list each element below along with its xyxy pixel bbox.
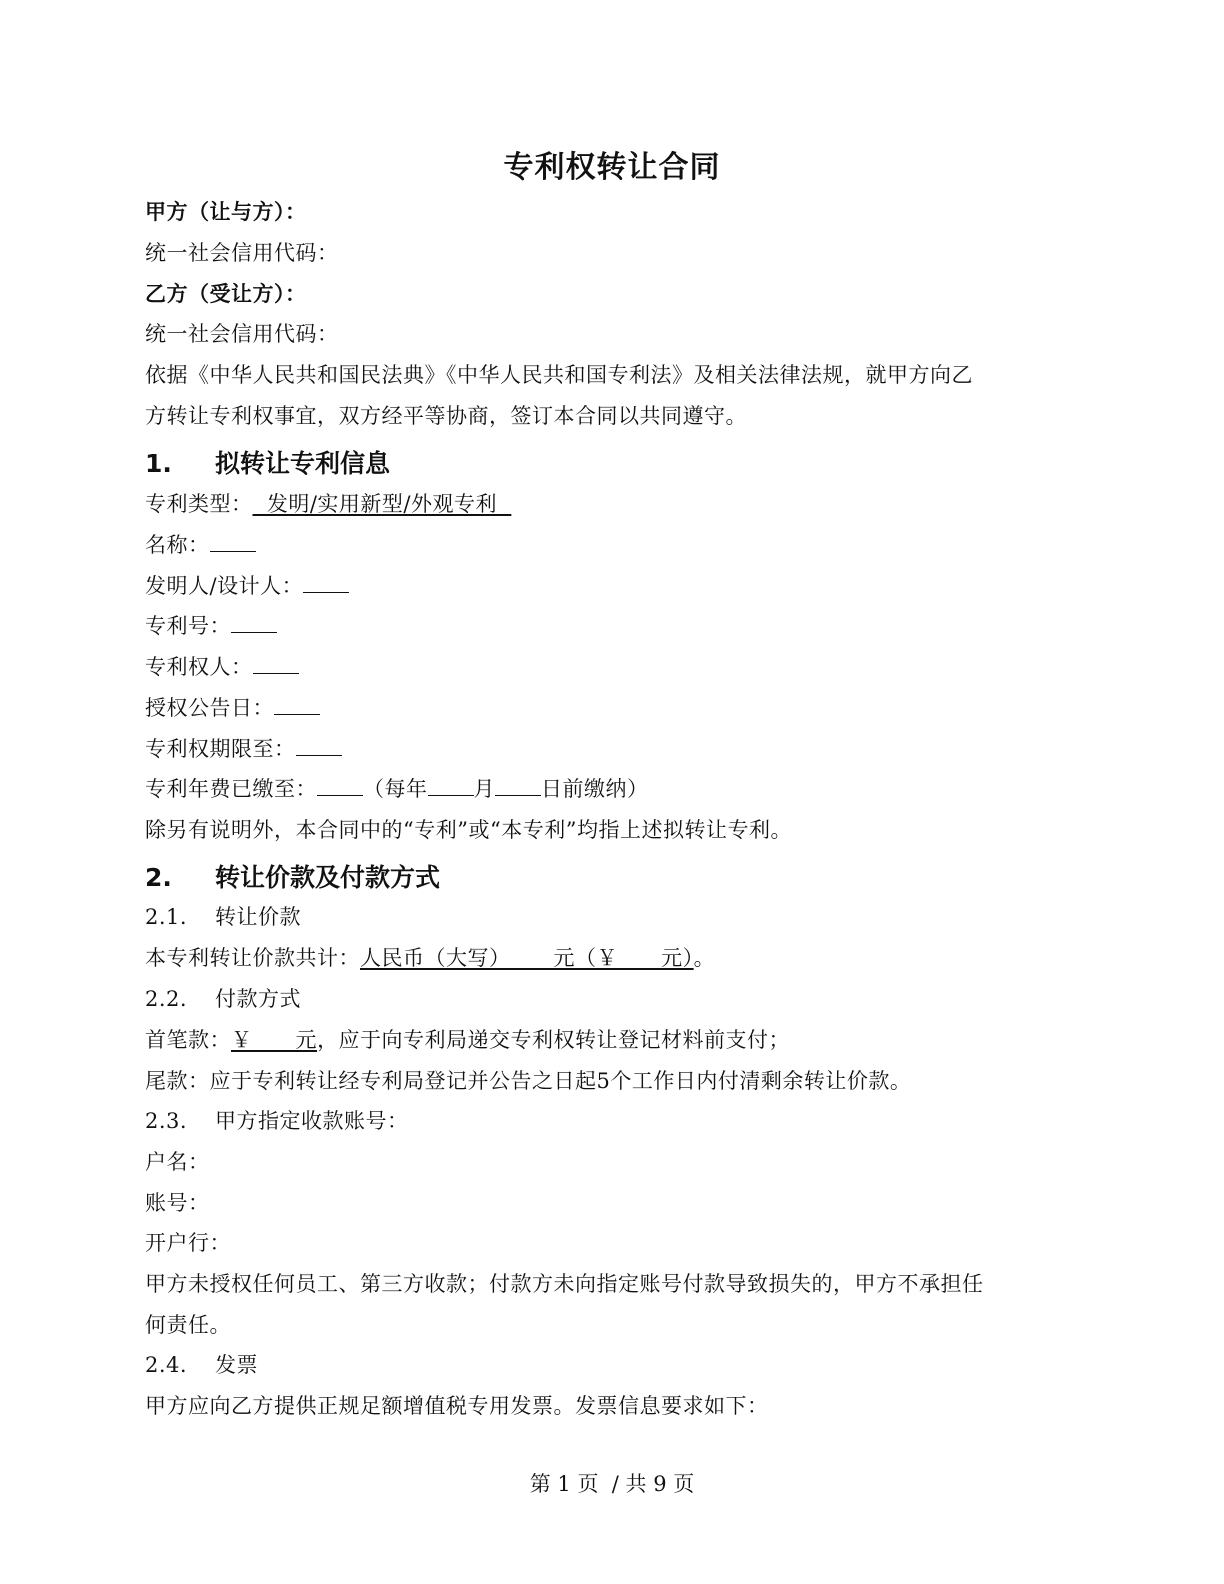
- price-value[interactable]: 人民币（大写） 元（￥ 元）: [360, 946, 694, 970]
- fee-text: 月: [474, 777, 496, 801]
- subsection-2-1: 2.1.转让价款: [145, 903, 301, 931]
- fee-month-blank[interactable]: [428, 775, 474, 796]
- field-patent-type: 专利类型： 发明/实用新型/外观专利: [145, 490, 511, 518]
- party-a-credit-code: 统一社会信用代码：: [145, 239, 339, 267]
- field-patentee: 专利权人：: [145, 653, 299, 681]
- field-inventor: 发明人/设计人：: [145, 572, 349, 600]
- document-page: 专利权转让合同 甲方（让与方）： 统一社会信用代码： 乙方（受让方）： 统一社会…: [0, 0, 1224, 1584]
- field-label: 专利权人：: [145, 655, 253, 679]
- final-payment-line: 尾款：应于专利转让经专利局登记并公告之日起5个工作日内付清剩余转让价款。: [145, 1067, 911, 1095]
- grant-date-blank[interactable]: [274, 694, 320, 715]
- field-label: 专利号：: [145, 614, 231, 638]
- subsection-number: 2.4.: [145, 1351, 215, 1379]
- term-end-blank[interactable]: [296, 735, 342, 756]
- fee-text: 日前缴纳）: [541, 777, 649, 801]
- party-a-label: 甲方（让与方）：: [145, 198, 307, 226]
- section-2-heading: 2.转让价款及付款方式: [145, 858, 440, 894]
- fee-paid-blank[interactable]: [317, 775, 363, 796]
- field-patent-number: 专利号：: [145, 612, 277, 640]
- subsection-number: 2.1.: [145, 903, 215, 931]
- price-line: 本专利转让价款共计：人民币（大写） 元（￥ 元）。: [145, 944, 715, 972]
- invoice-text: 甲方应向乙方提供正规足额增值税专用发票。发票信息要求如下：: [145, 1392, 769, 1420]
- account-bank: 开户行：: [145, 1229, 231, 1257]
- page-number: 第 1 页 / 共 9 页: [0, 1468, 1224, 1498]
- subsection-title: 转让价款: [215, 905, 301, 929]
- fee-text: （每年: [363, 777, 428, 801]
- field-grant-date: 授权公告日：: [145, 694, 320, 722]
- name-blank[interactable]: [210, 531, 256, 552]
- subsection-number: 2.3.: [145, 1107, 215, 1135]
- field-label: 专利权期限至：: [145, 737, 296, 761]
- price-end: 。: [694, 946, 716, 970]
- patent-type-value[interactable]: 发明/实用新型/外观专利: [253, 492, 512, 516]
- section-1-heading: 1.拟转让专利信息: [145, 444, 390, 480]
- subsection-title: 付款方式: [215, 987, 301, 1011]
- account-name: 户名：: [145, 1148, 210, 1176]
- subsection-number: 2.2.: [145, 985, 215, 1013]
- subsection-2-4: 2.4.发票: [145, 1351, 258, 1379]
- first-payment-text: ，应于向专利局递交专利权转让登记材料前支付；: [317, 1028, 790, 1052]
- definition-note: 除另有说明外，本合同中的“专利”或“本专利”均指上述拟转让专利。: [145, 816, 792, 844]
- first-payment-value[interactable]: ￥ 元: [231, 1028, 317, 1052]
- price-label: 本专利转让价款共计：: [145, 946, 360, 970]
- patentee-blank[interactable]: [253, 653, 299, 674]
- first-payment-label: 首笔款：: [145, 1028, 231, 1052]
- disclaimer-line-1: 甲方未授权任何员工、第三方收款；付款方未向指定账号付款导致损失的，甲方不承担任: [145, 1270, 984, 1298]
- section-1-number: 1.: [145, 449, 215, 478]
- section-1-title: 拟转让专利信息: [215, 449, 390, 478]
- inventor-blank[interactable]: [303, 572, 349, 593]
- field-label: 发明人/设计人：: [145, 574, 303, 598]
- patent-number-blank[interactable]: [231, 612, 277, 633]
- section-2-title: 转让价款及付款方式: [215, 863, 440, 892]
- subsection-2-3: 2.3.甲方指定收款账号：: [145, 1107, 409, 1135]
- party-b-credit-code: 统一社会信用代码：: [145, 320, 339, 348]
- field-label: 专利年费已缴至：: [145, 777, 317, 801]
- first-payment-line: 首笔款：￥ 元，应于向专利局递交专利权转让登记材料前支付；: [145, 1026, 790, 1054]
- party-b-label: 乙方（受让方）：: [145, 280, 307, 308]
- preamble-line-1: 依据《中华人民共和国民法典》《中华人民共和国专利法》及相关法律法规，就甲方向乙: [145, 361, 973, 389]
- field-name: 名称：: [145, 531, 256, 559]
- field-term-end: 专利权期限至：: [145, 735, 342, 763]
- field-label: 授权公告日：: [145, 696, 274, 720]
- disclaimer-line-2: 何责任。: [145, 1311, 231, 1339]
- fee-day-blank[interactable]: [495, 775, 541, 796]
- field-label: 专利类型：: [145, 492, 253, 516]
- document-title: 专利权转让合同: [0, 142, 1224, 186]
- section-2-number: 2.: [145, 863, 215, 892]
- subsection-2-2: 2.2.付款方式: [145, 985, 301, 1013]
- preamble-line-2: 方转让专利权事宜，双方经平等协商，签订本合同以共同遵守。: [145, 402, 747, 430]
- field-label: 名称：: [145, 533, 210, 557]
- subsection-title: 甲方指定收款账号：: [215, 1109, 409, 1133]
- subsection-title: 发票: [215, 1353, 258, 1377]
- account-number: 账号：: [145, 1189, 210, 1217]
- field-annual-fee: 专利年费已缴至：（每年月日前缴纳）: [145, 775, 649, 803]
